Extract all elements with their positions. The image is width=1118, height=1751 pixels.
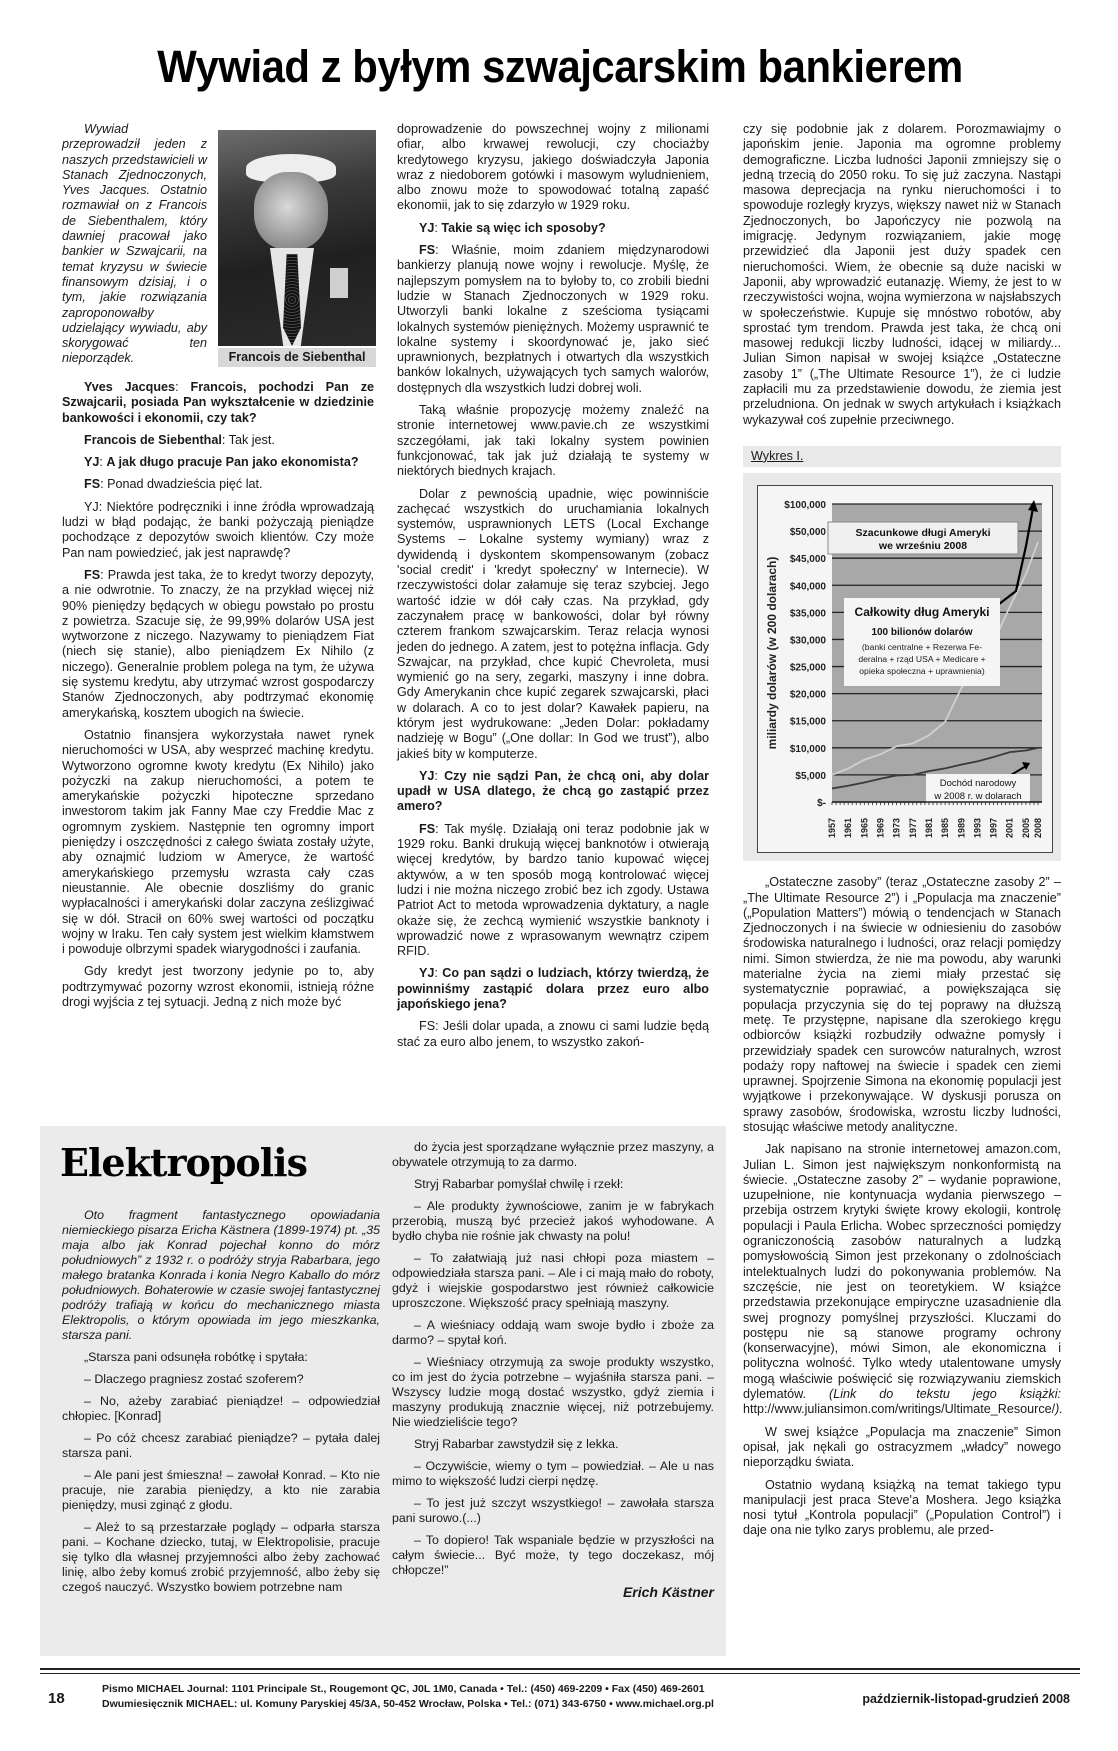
y-tick-label: $15,000 xyxy=(790,717,827,728)
page-footer: 18 Pismo MICHAEL Journal: 1101 Principal… xyxy=(40,1680,1080,1720)
elektropolis-column-1: Oto fragment fantastycznego opowiadania … xyxy=(62,1208,380,1602)
issue-date: październik-listopad-grudzień 2008 xyxy=(862,1692,1070,1706)
paragraph-text: Co pan sądzi o ludziach, którzy twierdzą… xyxy=(397,966,709,1011)
x-tick-label: 2008 xyxy=(1033,818,1043,838)
interview-paragraph: YJ: Niektóre podręczniki i inne źródła w… xyxy=(62,500,374,561)
story-paragraph: – Oczywiście, wiemy o tym – powiedział. … xyxy=(392,1459,714,1489)
x-tick-label: 2005 xyxy=(1021,818,1031,838)
interview-paragraph: YJ: Co pan sądzi o ludziach, którzy twie… xyxy=(397,966,709,1012)
column-1-body: Yves Jacques: Francois, pochodzi Pan ze … xyxy=(62,380,374,1010)
paragraph-text: A jak długo pracuje Pan jako ekonomista? xyxy=(106,455,358,469)
paragraph-text: Czy nie sądzi Pan, że chcą oni, aby dola… xyxy=(397,769,709,814)
annotation-text: w 2008 r. w dolarach xyxy=(933,791,1021,802)
y-tick-label: $50,000 xyxy=(790,527,827,538)
story-paragraph: Stryj Rabarbar pomyślał chwilę i rzekł: xyxy=(392,1177,714,1192)
publisher-line-poland: Dwumiesięcznik MICHAEL: ul. Komuny Parys… xyxy=(102,1697,714,1712)
article-intro: Wywiad przeprowadził jeden z naszych prz… xyxy=(62,122,207,374)
interview-paragraph: Dolar z pewnością upadnie, więc powinniś… xyxy=(397,487,709,762)
speaker-label: FS xyxy=(419,243,435,257)
story-paragraph: Stryj Rabarbar zawstydził się z lekka. xyxy=(392,1437,714,1452)
y-tick-label: $40,000 xyxy=(790,582,827,593)
speaker-colon: : xyxy=(222,433,229,447)
speaker-label: YJ xyxy=(419,221,434,235)
story-paragraph: do życia jest sporządzane wyłącznie prze… xyxy=(392,1140,714,1170)
paragraph-text: Jak napisano na stronie internetowej ama… xyxy=(743,1142,1061,1401)
paragraph-text: Ponad dwadzieścia pięć lat. xyxy=(107,477,262,491)
story-paragraph: – Ale pani jest śmieszna! – zawołał Konr… xyxy=(62,1468,380,1513)
interview-paragraph: YJ: Takie są więc ich sposoby? xyxy=(397,221,709,236)
y-tick-label: $20,000 xyxy=(790,690,827,701)
annotation-text: we wrześniu 2008 xyxy=(878,540,967,552)
interview-paragraph: Taką właśnie propozycję możemy znaleźć n… xyxy=(397,403,709,479)
interview-paragraph: FS: Tak myślę. Działają oni teraz podobn… xyxy=(397,822,709,960)
interview-paragraph: YJ: A jak długo pracuje Pan jako ekonomi… xyxy=(62,455,374,470)
x-tick-label: 1989 xyxy=(956,818,966,838)
link-note-label: (Link do tekstu jego książki: xyxy=(829,1387,1061,1401)
paragraph-text: Właśnie, moim zdaniem międzynarodowi ban… xyxy=(397,243,709,395)
y-axis-label: miliardy dolarów (w 200 dolarach) xyxy=(765,557,779,750)
annotation-text: deralna + rząd USA + Medicare + xyxy=(858,654,985,664)
intro-text: Wywiad przeprowadził jeden z naszych prz… xyxy=(62,122,207,367)
elektropolis-title: Elektropolis xyxy=(60,1140,307,1185)
footer-rule-top xyxy=(40,1668,1080,1670)
annotation-text: Szacunkowe długi Ameryki xyxy=(856,527,991,539)
story-paragraph: – No, ażeby zarabiać pieniądze! – odpowi… xyxy=(62,1394,380,1424)
interview-paragraph: FS: Jeśli dolar upada, a znowu ci sami l… xyxy=(397,1019,709,1050)
photo-caption: Francois de Siebenthal xyxy=(218,348,376,367)
paragraph-text: Taką właśnie propozycję możemy znaleźć n… xyxy=(397,403,709,478)
speaker-label: FS xyxy=(419,822,435,836)
paragraph-text: Gdy kredyt jest tworzony jedynie po to, … xyxy=(62,964,374,1009)
story-paragraph: – To jest już szczyt wszystkiego! – zawo… xyxy=(392,1496,714,1526)
speaker-colon: : xyxy=(435,243,452,257)
story-paragraph: – Wieśniacy otrzymują za swoje produkty … xyxy=(392,1355,714,1430)
interview-paragraph: FS: Ponad dwadzieścia pięć lat. xyxy=(62,477,374,492)
paragraph-text: Prawda jest taka, że to kredyt tworzy de… xyxy=(62,568,374,720)
x-tick-label: 1993 xyxy=(972,818,982,838)
annotation-text: Dochód narodowy xyxy=(940,778,1017,789)
author-signature: Erich Kästner xyxy=(392,1585,714,1600)
y-tick-label: $100,000 xyxy=(784,500,826,511)
speaker-label: YJ xyxy=(84,455,99,469)
paragraph-text: doprowadzenie do powszechnej wojny z mil… xyxy=(397,122,709,212)
y-tick-label: $- xyxy=(817,798,826,809)
speaker-label: YJ xyxy=(419,966,434,980)
paragraph-text: YJ: Niektóre podręczniki i inne źródła w… xyxy=(62,500,374,560)
speaker-label: YJ xyxy=(419,769,434,783)
x-tick-label: 1961 xyxy=(843,818,853,838)
story-paragraph: – Ależ to są przestarzałe poglądy – odpa… xyxy=(62,1520,380,1595)
face-shape xyxy=(254,172,328,250)
link-note-close: ). xyxy=(1055,1402,1063,1416)
paragraph-text: Dolar z pewnością upadnie, więc powinniś… xyxy=(397,487,709,761)
elektropolis-column-2: do życia jest sporządzane wyłącznie prze… xyxy=(392,1140,714,1600)
paragraph-text: Tak jest. xyxy=(229,433,275,447)
x-tick-label: 2001 xyxy=(1005,818,1015,838)
chart-container: $100,000$50,000$45,000$40,000$35,000$30,… xyxy=(743,473,1061,861)
interview-paragraph: FS: Prawda jest taka, że to kredyt tworz… xyxy=(62,568,374,721)
interview-paragraph: Ostatnio finansjera wykorzystała nawet r… xyxy=(62,728,374,957)
x-tick-label: 1965 xyxy=(859,818,869,838)
column-3-paragraph: W swej książce „Populacja ma znaczenie” … xyxy=(743,1425,1061,1471)
badge-shape xyxy=(330,268,348,298)
article-column-1: Wywiad przeprowadził jeden z naszych prz… xyxy=(62,122,374,1017)
story-paragraph: „Starsza pani odsunęła robótkę i spytała… xyxy=(62,1350,380,1365)
column-3-paragraph: Ostatnio wydaną książką na temat takiego… xyxy=(743,1478,1061,1539)
elektropolis-box: Elektropolis Oto fragment fantastycznego… xyxy=(40,1126,726,1656)
chart-frame: $100,000$50,000$45,000$40,000$35,000$30,… xyxy=(757,485,1053,853)
story-paragraph: – Dlaczego pragniesz zostać szoferem? xyxy=(62,1372,380,1387)
julian-simon-link[interactable]: http://www.juliansimon.com/writings/Ulti… xyxy=(743,1402,1055,1416)
article-title: Wywiad z byłym szwajcarskim bankierem xyxy=(76,44,1043,89)
speaker-colon: : xyxy=(100,568,108,582)
y-tick-label: $5,000 xyxy=(795,771,826,782)
speaker-colon: : xyxy=(435,822,444,836)
paragraph-text: Takie są więc ich sposoby? xyxy=(441,221,605,235)
speaker-colon: : xyxy=(434,769,444,783)
elektropolis-intro: Oto fragment fantastycznego opowiadania … xyxy=(62,1208,380,1343)
chart-label: Wykres I. xyxy=(743,446,1061,467)
x-tick-label: 1997 xyxy=(989,818,999,838)
interview-paragraph: FS: Właśnie, moim zdaniem międzynarodowi… xyxy=(397,243,709,396)
story-paragraph: – To dopiero! Tak wspaniale będzie w prz… xyxy=(392,1533,714,1578)
y-tick-label: $25,000 xyxy=(790,663,827,674)
x-tick-label: 1969 xyxy=(875,818,885,838)
column-3-paragraph: Jak napisano na stronie internetowej ama… xyxy=(743,1142,1061,1417)
page-number: 18 xyxy=(48,1690,65,1707)
y-tick-label: $45,000 xyxy=(790,554,827,565)
y-tick-label: $10,000 xyxy=(790,744,827,755)
paragraph-text: Ostatnio finansjera wykorzystała nawet r… xyxy=(62,728,374,956)
x-tick-label: 1981 xyxy=(924,818,934,838)
speaker-label: Yves Jacques xyxy=(84,380,175,394)
annotation-text: (banki centralne + Rezerwa Fe- xyxy=(862,642,982,652)
interview-paragraph: YJ: Czy nie sądzi Pan, że chcą oni, aby … xyxy=(397,769,709,815)
story-paragraph: – Ale produkty żywnościowe, zanim je w f… xyxy=(392,1199,714,1244)
publisher-line-canada: Pismo MICHAEL Journal: 1101 Principale S… xyxy=(102,1682,714,1697)
footer-rule-bottom xyxy=(40,1673,1080,1674)
portrait-photo xyxy=(218,130,376,346)
story-paragraph: – To załatwiają już nasi chłopi poza mia… xyxy=(392,1251,714,1311)
x-tick-label: 1977 xyxy=(908,818,918,838)
y-tick-label: $30,000 xyxy=(790,636,827,647)
publisher-info: Pismo MICHAEL Journal: 1101 Principale S… xyxy=(102,1682,714,1712)
y-tick-label: $35,000 xyxy=(790,609,827,620)
interview-paragraph: Yves Jacques: Francois, pochodzi Pan ze … xyxy=(62,380,374,426)
annotation-text: 100 bilionów dolarów xyxy=(871,627,972,638)
article-column-3: czy się podobnie jak z dolarem. Porozmaw… xyxy=(743,122,1061,1546)
interview-paragraph: Gdy kredyt jest tworzony jedynie po to, … xyxy=(62,964,374,1010)
paragraph-text: FS: Jeśli dolar upada, a znowu ci sami l… xyxy=(397,1019,709,1048)
story-paragraph: – A wieśniacy oddają wam swoje bydło i z… xyxy=(392,1318,714,1348)
column-2-body: doprowadzenie do powszechnej wojny z mil… xyxy=(397,122,709,1050)
interview-paragraph: Francois de Siebenthal: Tak jest. xyxy=(62,433,374,448)
annotation-text: Całkowity dług Ameryki xyxy=(855,605,990,619)
elektropolis-column-1-body: „Starsza pani odsunęła robótkę i spytała… xyxy=(62,1350,380,1595)
speaker-label: Francois de Siebenthal xyxy=(84,433,222,447)
story-paragraph: – Po cóż chcesz zarabiać pieniądze? – py… xyxy=(62,1431,380,1461)
x-tick-label: 1985 xyxy=(940,818,950,838)
column-3-paragraph: „Ostateczne zasoby” (teraz „Ostateczne z… xyxy=(743,875,1061,1135)
debt-chart: $100,000$50,000$45,000$40,000$35,000$30,… xyxy=(758,486,1054,854)
intro-block: Wywiad przeprowadził jeden z naszych prz… xyxy=(62,122,374,370)
x-tick-label: 1957 xyxy=(827,818,837,838)
article-column-2: doprowadzenie do powszechnej wojny z mil… xyxy=(397,122,709,1057)
interview-paragraph: doprowadzenie do powszechnej wojny z mil… xyxy=(397,122,709,214)
speaker-label: FS xyxy=(84,568,100,582)
speaker-label: FS xyxy=(84,477,100,491)
paragraph-text: Tak myślę. Działają oni teraz podobnie j… xyxy=(397,822,709,958)
annotation-text: opieka społeczna + uprawnienia) xyxy=(859,666,985,676)
speaker-colon: : xyxy=(175,380,190,394)
x-tick-label: 1973 xyxy=(892,818,902,838)
column-3-paragraph: czy się podobnie jak z dolarem. Porozmaw… xyxy=(743,122,1061,428)
elektropolis-column-2-body: do życia jest sporządzane wyłącznie prze… xyxy=(392,1140,714,1578)
